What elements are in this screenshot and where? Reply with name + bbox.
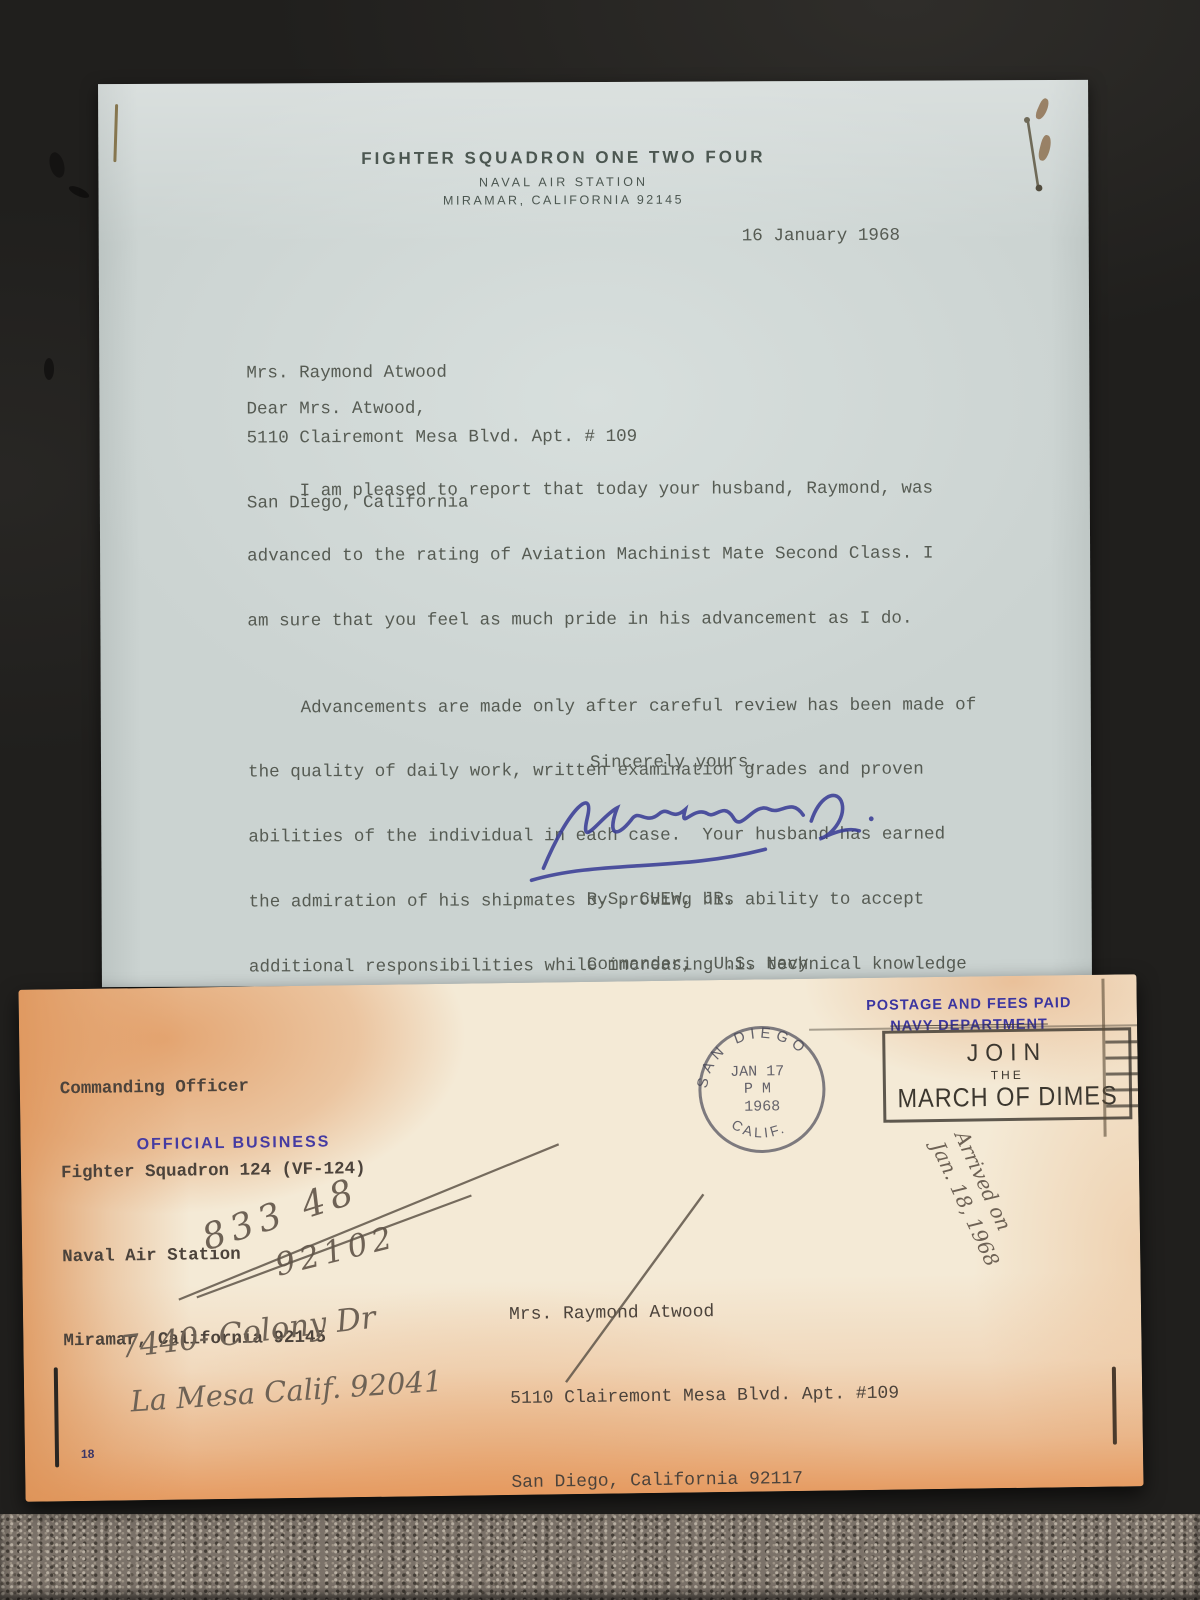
signer-rank: Commander, U.S. Navy — [587, 954, 809, 977]
letterhead-station: NAVAL AIR STATION — [98, 173, 1028, 191]
pen-mark-left — [54, 1367, 59, 1467]
postmark-year: 1968 — [744, 1098, 780, 1116]
board-mark — [44, 358, 54, 380]
arrival-note: Arrived on Jan. 18, 1968 — [925, 1127, 1029, 1271]
pen-mark-right — [1112, 1367, 1117, 1445]
signature-stroke — [811, 795, 859, 839]
slogan-line1: JOIN — [885, 1037, 1128, 1069]
body-line: am sure that you feel as much pride in h… — [247, 608, 976, 633]
letterhead-city: MIRAMAR, CALIFORNIA 92145 — [99, 191, 1029, 209]
addressee-line: San Diego, California 92117 — [511, 1464, 900, 1497]
body-line: Advancements are made only after careful… — [248, 695, 977, 720]
closing: Sincerely yours, — [590, 752, 759, 773]
killer-bar — [1105, 1040, 1137, 1043]
envelope: Commanding Officer Fighter Squadron 124 … — [18, 974, 1143, 1502]
postmark-state: CALIF. — [729, 1115, 789, 1141]
letterhead-squadron: FIGHTER SQUADRON ONE TWO FOUR — [98, 146, 1028, 170]
body-line: advanced to the rating of Aviation Machi… — [247, 543, 976, 568]
letterhead: FIGHTER SQUADRON ONE TWO FOUR NAVAL AIR … — [98, 146, 1028, 209]
forwarding-slash — [521, 1180, 744, 1403]
svg-text:CALIF.: CALIF. — [729, 1115, 789, 1141]
killer-bar — [1106, 1072, 1138, 1075]
body-line: I am pleased to report that today your h… — [247, 479, 976, 504]
salutation: Dear Mrs. Atwood, — [246, 399, 426, 421]
return-address-line: Commanding Officer — [60, 1071, 365, 1103]
board-mark — [47, 151, 67, 180]
killer-bar — [1106, 1104, 1138, 1107]
postmark-time: P M — [744, 1080, 771, 1097]
corner-number: 18 — [81, 1447, 95, 1461]
letter-date: 16 January 1968 — [742, 226, 900, 247]
signature-dot — [869, 816, 874, 821]
postmark-date: JAN 17 — [730, 1063, 784, 1081]
board-mark — [67, 184, 90, 201]
recipient-line: Mrs. Raymond Atwood — [246, 362, 637, 385]
killer-bar — [1106, 1056, 1138, 1059]
march-of-dimes-cancel: JOIN THE MARCH OF DIMES — [882, 1027, 1132, 1122]
slogan-line3: MARCH OF DIMES — [888, 1081, 1127, 1115]
killer-bar — [1106, 1088, 1138, 1091]
letter-sheet: FIGHTER SQUADRON ONE TWO FOUR NAVAL AIR … — [98, 80, 1092, 987]
svg-text:JAN 17 P M 1968: JAN 17 P M 1968 — [730, 1063, 794, 1116]
signer-name: R.S. CHEW, JR. — [587, 889, 809, 912]
